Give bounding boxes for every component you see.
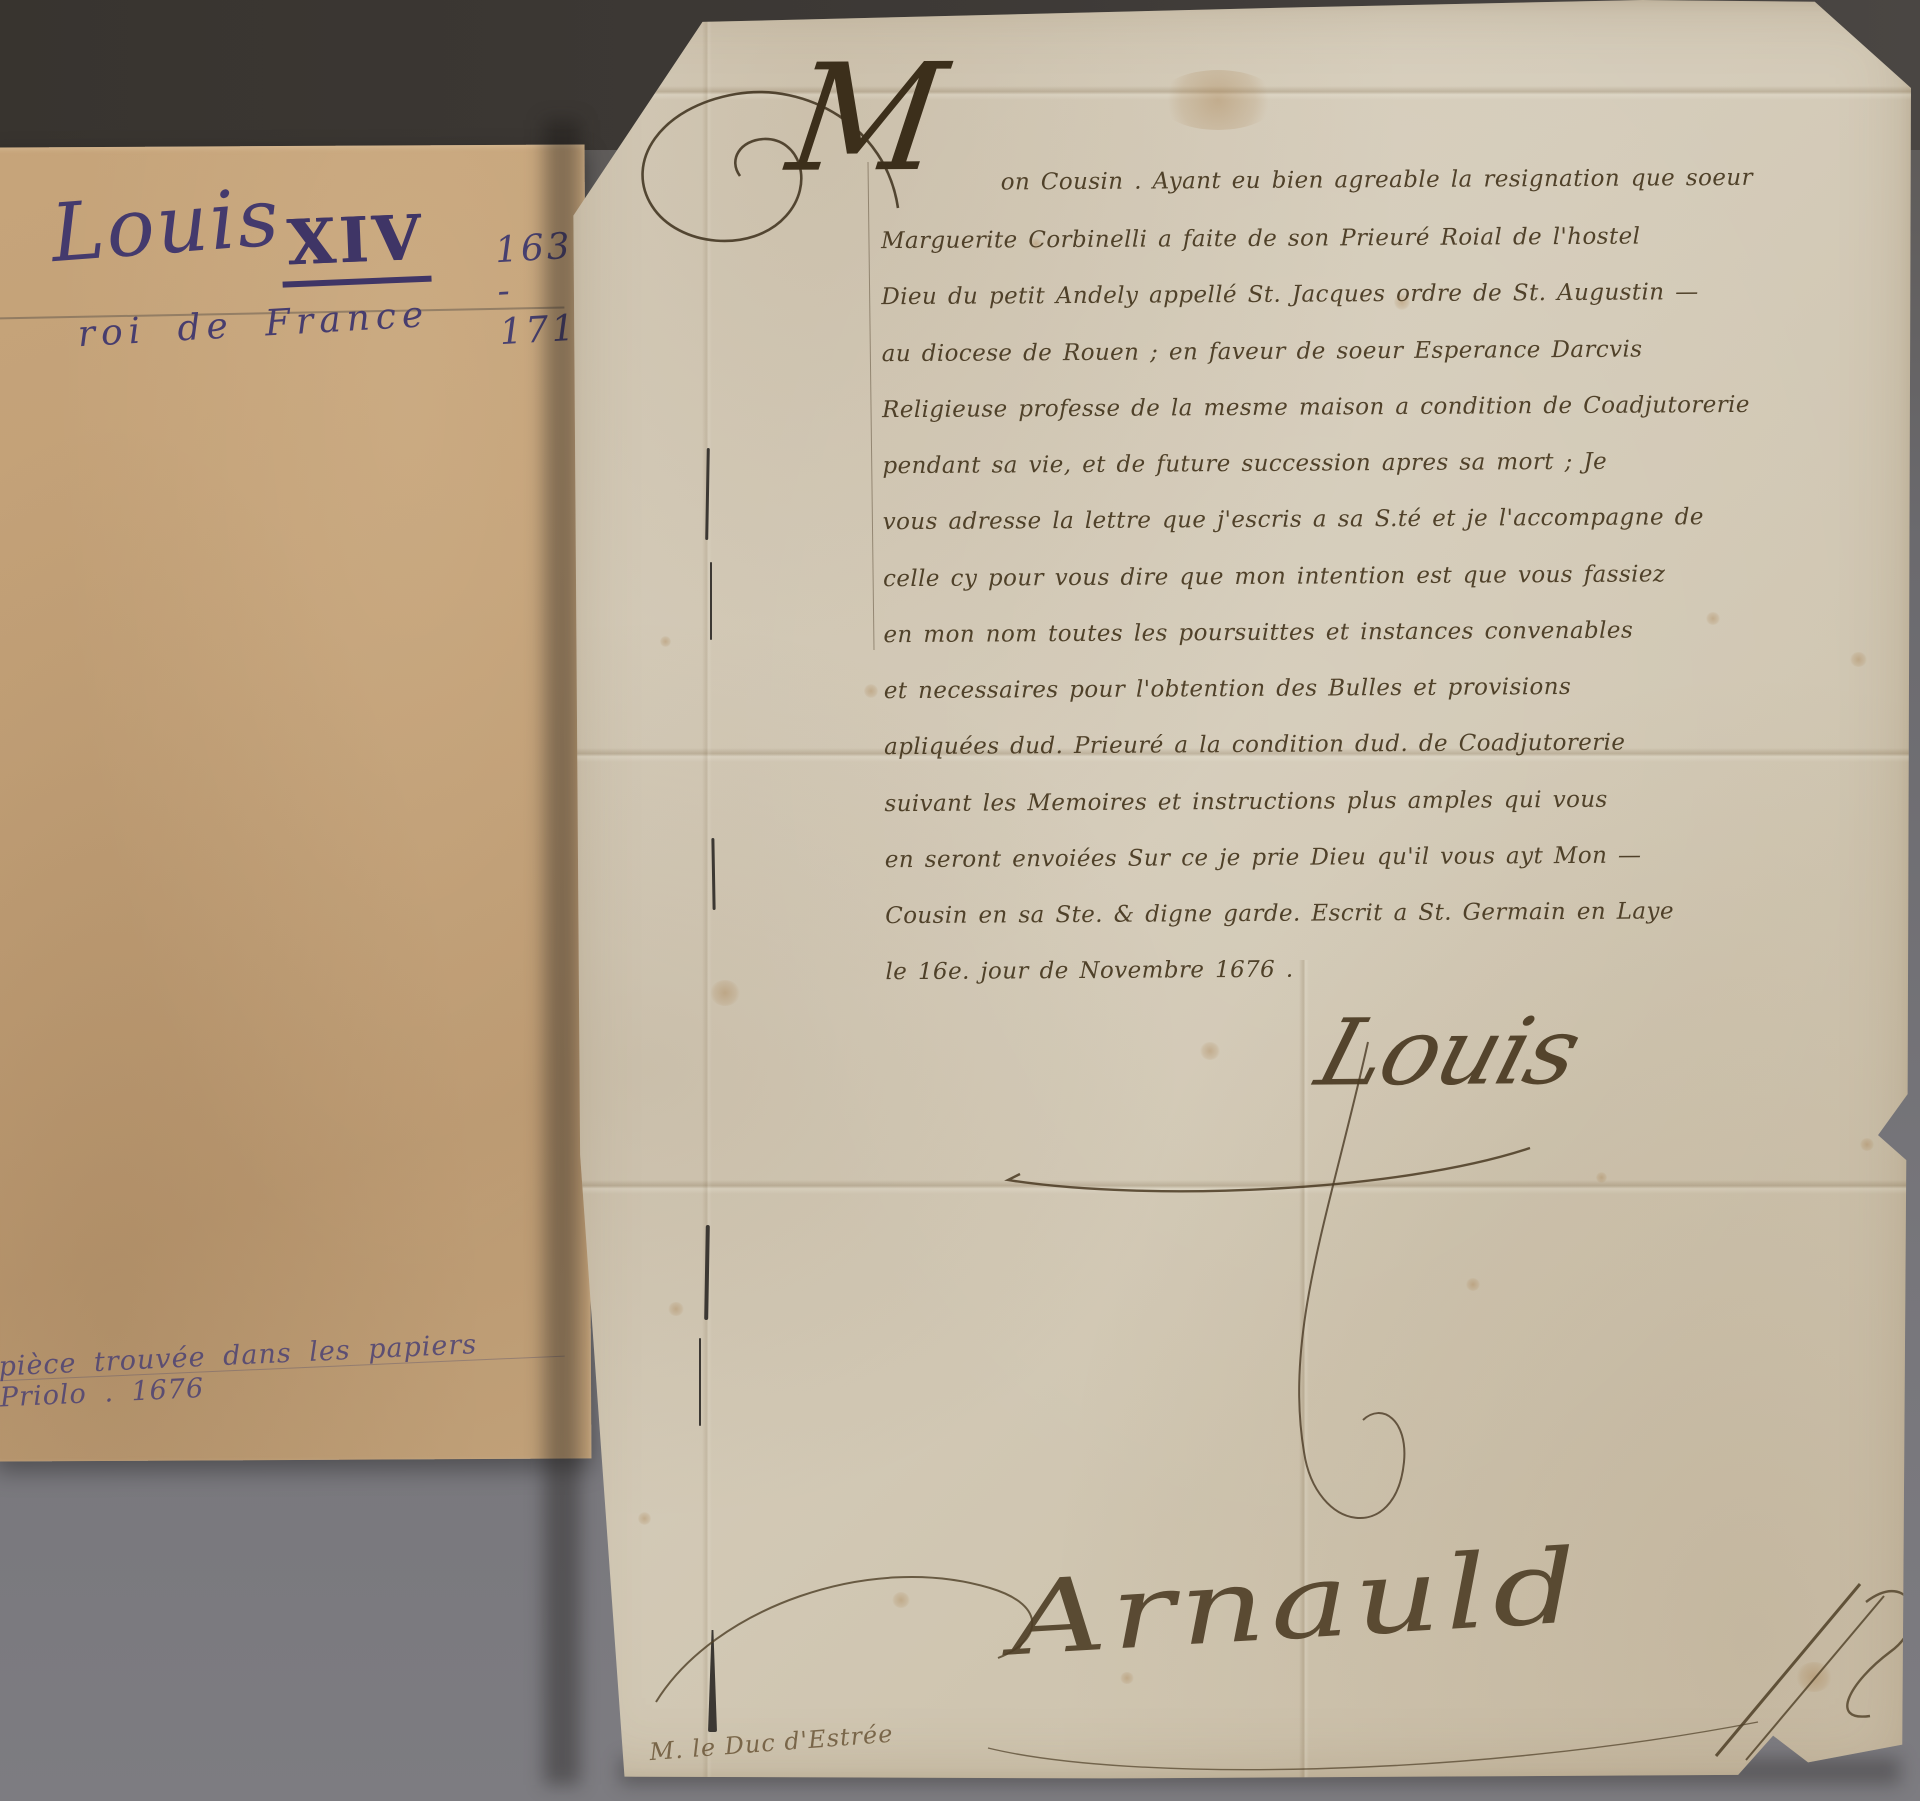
letter-line: celle cy pour vous dire que mon intentio…	[883, 561, 1665, 592]
archive-folder: Louis XIV 1638 - 1715_ roi de France piè…	[0, 144, 591, 1461]
folder-bottom-note: pièce trouvée dans les papiers Priolo . …	[0, 1325, 575, 1414]
royal-signature: Louis	[1308, 1006, 1588, 1100]
letter-line: le 16e. jour de Novembre 1676 .	[885, 957, 1293, 985]
addressee-note: M. le Duc d'Estrée	[648, 1720, 894, 1766]
letter-line: suivant les Memoires et instructions plu…	[884, 787, 1607, 817]
letter-line: et necessaires pour l'obtention des Bull…	[884, 674, 1572, 704]
letter-line: en mon nom toutes les poursuittes et ins…	[883, 618, 1633, 649]
folder-title-name: Louis	[48, 170, 284, 280]
letter-line: au diocese de Rouen ; en faveur de soeur…	[882, 337, 1643, 368]
photo-scene: Louis XIV 1638 - 1715_ roi de France piè…	[0, 0, 1920, 1801]
letter-line: Dieu du petit Andely appellé St. Jacques…	[881, 279, 1698, 310]
folder-subtitle: roi de France	[77, 294, 431, 355]
letter-line: on Cousin . Ayant eu bien agreable la re…	[1001, 165, 1753, 196]
letter-line: pendant sa vie, et de future succession …	[882, 449, 1607, 479]
letter-line: en seront envoiées Sur ce je prie Dieu q…	[885, 843, 1642, 874]
letter-line: Religieuse professe de la mesme maison a…	[882, 392, 1750, 423]
folder-title-numeral: XIV	[280, 201, 432, 288]
letter-sheet: M on Cousin . Ayant eu bien agreable la …	[568, 0, 1913, 1782]
letter-line: Marguerite Corbinelli a faite de son Pri…	[881, 224, 1640, 255]
initial-M-flourish: M	[781, 44, 952, 193]
letter-line: Cousin en sa Ste. & digne garde. Escrit …	[885, 898, 1674, 929]
letter-line: vous adresse la lettre que j'escris a sa…	[883, 504, 1704, 535]
letter-body: M on Cousin . Ayant eu bien agreable la …	[563, 0, 1919, 1786]
letter-line: apliquées dud. Prieuré a la condition du…	[884, 730, 1625, 761]
countersignature: Arnauld	[1007, 1536, 1585, 1671]
